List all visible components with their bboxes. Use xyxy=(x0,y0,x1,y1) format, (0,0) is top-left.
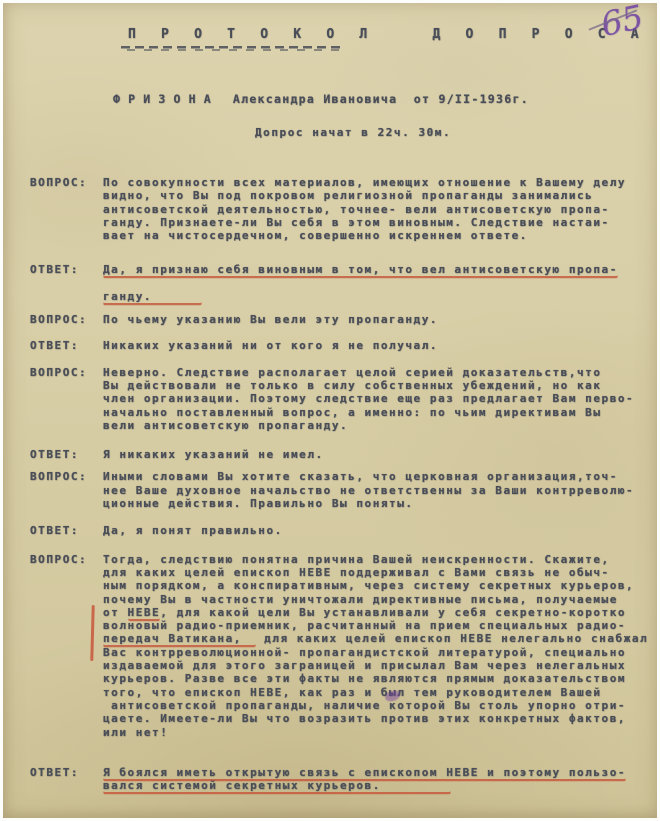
typed-text: ционные действия. Правильно Вы поняты. xyxy=(103,497,414,510)
typed-text: ганду. Признаете-ли Вы себя в этом винов… xyxy=(103,216,610,229)
typed-text: курьеров. Разве все эти факты не являютс… xyxy=(103,672,626,685)
document-line: вели антисоветскую пропаганду. xyxy=(103,419,641,432)
typed-text: антисоветской пропаганды, наличие которо… xyxy=(103,699,626,712)
document-line: вался системой секретных курьеров. xyxy=(103,779,641,792)
typed-text: По совокупности всех материалов, имеющих… xyxy=(103,176,626,189)
document-line: передач Ватикана, для каких целей еписко… xyxy=(103,632,648,645)
document-line: Вас контрреволюционной- пропагандистской… xyxy=(103,646,648,659)
typed-text: По чьему указанию Вы вели эту пропаганду… xyxy=(103,313,438,326)
red-underlined-text: передач Ватикана, xyxy=(103,632,256,645)
document-line: от НЕВЕ, для какой цели Вы устанавливали… xyxy=(103,606,648,619)
document-line: волновый радио-приемник, расчитанный на … xyxy=(103,619,648,632)
red-underlined-text: Да, я признаю себя виновным в том, что в… xyxy=(103,263,618,276)
typed-text: вает на чистосердечном, совершенно искре… xyxy=(103,229,528,242)
qa-text: Я никаких указаний не имел. xyxy=(103,448,641,461)
scanned-document-page: 65 П Р О Т О К О Л Д О П Р О С А ФРИЗОНА… xyxy=(3,3,657,818)
typed-text: для каких целей епископ НЕВЕ поддерживал… xyxy=(103,566,610,579)
answer-label: ОТВЕТ: xyxy=(30,263,103,276)
document-line: По совокупности всех материалов, имеющих… xyxy=(103,176,641,189)
answer-label: ОТВЕТ: xyxy=(30,339,103,352)
document-line: или нет! xyxy=(103,726,648,739)
document-line: ным порядком, а конспиративным, через си… xyxy=(103,579,648,592)
document-line: для каких целей епископ НЕВЕ поддерживал… xyxy=(103,566,648,579)
typed-text: видно, что Вы под покровом религиозной п… xyxy=(103,189,593,202)
typed-text: волновый радио-приемник, расчитанный на … xyxy=(103,619,626,632)
subject-surname: ФРИЗОНА xyxy=(113,92,219,106)
question-block: ВОПРОС:По чьему указанию Вы вели эту про… xyxy=(30,313,641,326)
document-line: вает на чистосердечном, совершенно искре… xyxy=(103,229,641,242)
typed-text: начально поставленный вопрос, а именно: … xyxy=(103,406,602,419)
document-title: П Р О Т О К О Л Д О П Р О С А xyxy=(128,27,644,43)
typed-text: Вы действовали не только в силу собствен… xyxy=(103,379,602,392)
question-block: ВОПРОС:Иными словами Вы хотите сказать, … xyxy=(30,470,641,510)
red-underlined-text: вался системой секретных курьеров. xyxy=(103,779,451,792)
document-line: Я никаких указаний не имел. xyxy=(103,448,641,461)
document-line: По чьему указанию Вы вели эту пропаганду… xyxy=(103,313,641,326)
document-line: Да, я признаю себя виновным в том, что в… xyxy=(103,263,641,276)
qa-text: Я боялся иметь открытую связь с епископо… xyxy=(103,766,641,793)
document-line: Иными словами Вы хотите сказать, что цер… xyxy=(103,470,641,483)
question-label: ВОПРОС: xyxy=(30,176,103,189)
document-line: Неверно. Следствие располагает целой сер… xyxy=(103,366,641,379)
typed-text: почему Вы в частности уничтожали директи… xyxy=(103,593,618,606)
answer-block: ОТВЕТ:Я никаких указаний не имел. xyxy=(30,448,641,461)
question-label: ВОПРОС: xyxy=(30,313,103,326)
question-block: ВОПРОС:Неверно. Следствие располагает це… xyxy=(30,366,641,432)
document-line: Тогда, следствию понятна причина Вашей н… xyxy=(103,553,648,566)
document-line: антисоветской деятельностью, точнее- вел… xyxy=(103,203,641,216)
typed-text: Никаких указаний ни от кого я не получал… xyxy=(103,339,438,352)
typed-text: издаваемой для этого заграницей и присыл… xyxy=(103,659,626,672)
red-underlined-text: Я боялся иметь открытую связь с епископо… xyxy=(103,766,626,779)
document-line: почему Вы в частности уничтожали директи… xyxy=(103,593,648,606)
qa-text: Никаких указаний ни от кого я не получал… xyxy=(103,339,641,352)
red-underlined-text: НЕВЕ xyxy=(128,606,161,619)
answer-label: ОТВЕТ: xyxy=(30,448,103,461)
document-line: курьеров. Разве все эти факты не являютс… xyxy=(103,672,648,685)
typed-text: ным порядком, а конспиративным, через си… xyxy=(103,579,634,592)
red-underlined-text: ганду. xyxy=(103,290,202,303)
qa-text: Неверно. Следствие располагает целой сер… xyxy=(103,366,641,432)
typed-text: вели антисоветскую пропаганду. xyxy=(103,419,348,432)
typed-text: того, что епископ НЕВЕ, как раз и был те… xyxy=(103,686,602,699)
qa-list: ВОПРОС:По совокупности всех материалов, … xyxy=(30,176,641,792)
typed-text: Иными словами Вы хотите сказать, что цер… xyxy=(103,470,618,483)
typed-text: для каких целей епископ НЕВЕ нелегально … xyxy=(256,632,648,645)
typed-text: , для какой цели Вы устанавливали у себя… xyxy=(160,606,626,619)
document-line: нее Ваше духовное начальство не ответств… xyxy=(103,484,641,497)
red-margin-line xyxy=(90,605,94,661)
document-line: ганду. xyxy=(103,290,641,303)
typed-text: Тогда, следствию понятна причина Вашей н… xyxy=(103,553,610,566)
document-line: цаете. Имеете-ли Вы что возразить против… xyxy=(103,712,648,725)
answer-block: ОТВЕТ:Я боялся иметь открытую связь с еп… xyxy=(30,766,641,793)
typed-text: член организации. Поэтому следствие еще … xyxy=(103,392,634,405)
question-block: ВОПРОС:Тогда, следствию понятна причина … xyxy=(30,553,641,739)
document-line: видно, что Вы под покровом религиозной п… xyxy=(103,189,641,202)
question-label: ВОПРОС: xyxy=(30,470,103,483)
document-line: Да, я понят правильно. xyxy=(103,524,641,537)
typed-text: цаете. Имеете-ли Вы что возразить против… xyxy=(103,712,626,725)
typed-text: Да, я понят правильно. xyxy=(103,524,283,537)
typed-text: антисоветской деятельностью, точнее- вел… xyxy=(103,203,610,216)
answer-label: ОТВЕТ: xyxy=(30,524,103,537)
document-line: издаваемой для этого заграницей и присыл… xyxy=(103,659,648,672)
question-block: ВОПРОС:По совокупности всех материалов, … xyxy=(30,176,641,242)
answer-block: ОТВЕТ:Никаких указаний ни от кого я не п… xyxy=(30,339,641,352)
answer-label: ОТВЕТ: xyxy=(30,766,103,779)
document-line: Я боялся иметь открытую связь с епископо… xyxy=(103,766,641,779)
document-line: того, что епископ НЕВЕ, как раз и был те… xyxy=(103,686,648,699)
document-line: ганду. Признаете-ли Вы себя в этом винов… xyxy=(103,216,641,229)
typed-text: Я никаких указаний не имел. xyxy=(103,448,324,461)
question-label: ВОПРОС: xyxy=(30,553,103,566)
subject-line: ФРИЗОНААлександра Ивановича от 9/II-1936… xyxy=(113,92,641,107)
qa-text: По чьему указанию Вы вели эту пропаганду… xyxy=(103,313,641,326)
typed-text: или нет! xyxy=(103,726,168,739)
qa-text: Да, я понят правильно. xyxy=(103,524,641,537)
document-line: член организации. Поэтому следствие еще … xyxy=(103,392,641,405)
answer-block: ОТВЕТ:Да, я признаю себя виновным в том,… xyxy=(30,263,641,303)
question-label: ВОПРОС: xyxy=(30,366,103,379)
answer-block: ОТВЕТ:Да, я понят правильно. xyxy=(30,524,641,537)
qa-text: Иными словами Вы хотите сказать, что цер… xyxy=(103,470,641,510)
typed-text: нее Ваше духовное начальство не ответств… xyxy=(103,484,634,497)
subject-name-and-date: Александра Ивановича от 9/II-1936г. xyxy=(233,92,529,106)
interrogation-start-time: Допрос начат в 22ч. 30м. xyxy=(255,126,641,139)
typed-text: Неверно. Следствие располагает целой сер… xyxy=(103,366,602,379)
document-line: ционные действия. Правильно Вы поняты. xyxy=(103,497,641,510)
qa-text: Тогда, следствию понятна причина Вашей н… xyxy=(103,553,648,739)
document-line: Вы действовали не только в силу собствен… xyxy=(103,379,641,392)
typed-text: Вас контрреволюционной- пропагандистской… xyxy=(103,646,626,659)
qa-text: Да, я признаю себя виновным в том, что в… xyxy=(103,263,641,303)
qa-text: По совокупности всех материалов, имеющих… xyxy=(103,176,641,242)
title-dashed-underline xyxy=(121,46,345,51)
document-line: Никаких указаний ни от кого я не получал… xyxy=(103,339,641,352)
document-line: антисоветской пропаганды, наличие которо… xyxy=(103,699,648,712)
document-line: начально поставленный вопрос, а именно: … xyxy=(103,406,641,419)
typed-text: от xyxy=(103,606,128,619)
